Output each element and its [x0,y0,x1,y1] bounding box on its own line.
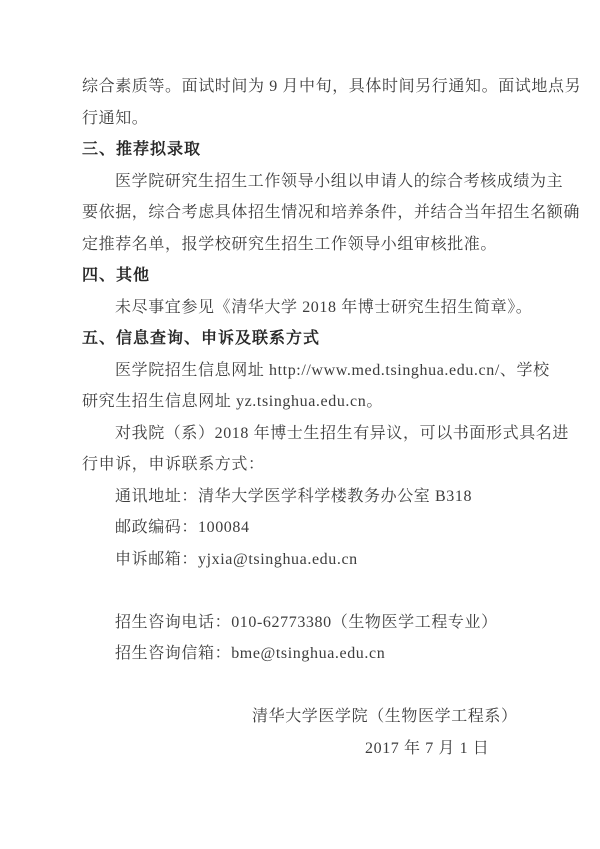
document-body: 综合素质等。面试时间为 9 月中旬，具体时间另行通知。面试地点另 行通知。 三、… [82,71,527,764]
signature-date: 2017 年 7 月 1 日 [365,733,527,765]
text-line-url: 医学院招生信息网址 http://www.med.tsinghua.edu.cn… [82,355,527,387]
text-line-email: 申诉邮箱：yjxia@tsinghua.edu.cn [82,544,527,576]
signature-org: 清华大学医学院（生物医学工程系） [252,701,527,733]
text-line: 定推荐名单，报学校研究生招生工作领导小组审核批准。 [82,229,527,261]
heading-section-4: 四、其他 [82,260,527,292]
blank-line [82,670,527,702]
text-line-phone: 招生咨询电话：010-62773380（生物医学工程专业） [82,607,527,639]
heading-section-5: 五、信息查询、申诉及联系方式 [82,323,527,355]
text-line-email: 招生咨询信箱：bme@tsinghua.edu.cn [82,638,527,670]
text-line: 综合素质等。面试时间为 9 月中旬，具体时间另行通知。面试地点另 [82,71,527,103]
text-line-url: 研究生招生信息网址 yz.tsinghua.edu.cn。 [82,386,527,418]
text-line: 要依据，综合考虑具体招生情况和培养条件，并结合当年招生名额确 [82,197,527,229]
heading-section-3: 三、推荐拟录取 [82,134,527,166]
text-line: 对我院（系）2018 年博士生招生有异议，可以书面形式具名进 [82,418,527,450]
text-line: 未尽事宜参见《清华大学 2018 年博士研究生招生简章》。 [82,292,527,324]
text-line: 行申诉，申诉联系方式： [82,449,527,481]
blank-line [82,575,527,607]
text-line: 医学院研究生招生工作领导小组以申请人的综合考核成绩为主 [82,166,527,198]
text-line-address: 通讯地址：清华大学医学科学楼教务办公室 B318 [82,481,527,513]
text-line-postcode: 邮政编码：100084 [82,512,527,544]
document-page: 综合素质等。面试时间为 9 月中旬，具体时间另行通知。面试地点另 行通知。 三、… [0,0,600,849]
text-line: 行通知。 [82,103,527,135]
